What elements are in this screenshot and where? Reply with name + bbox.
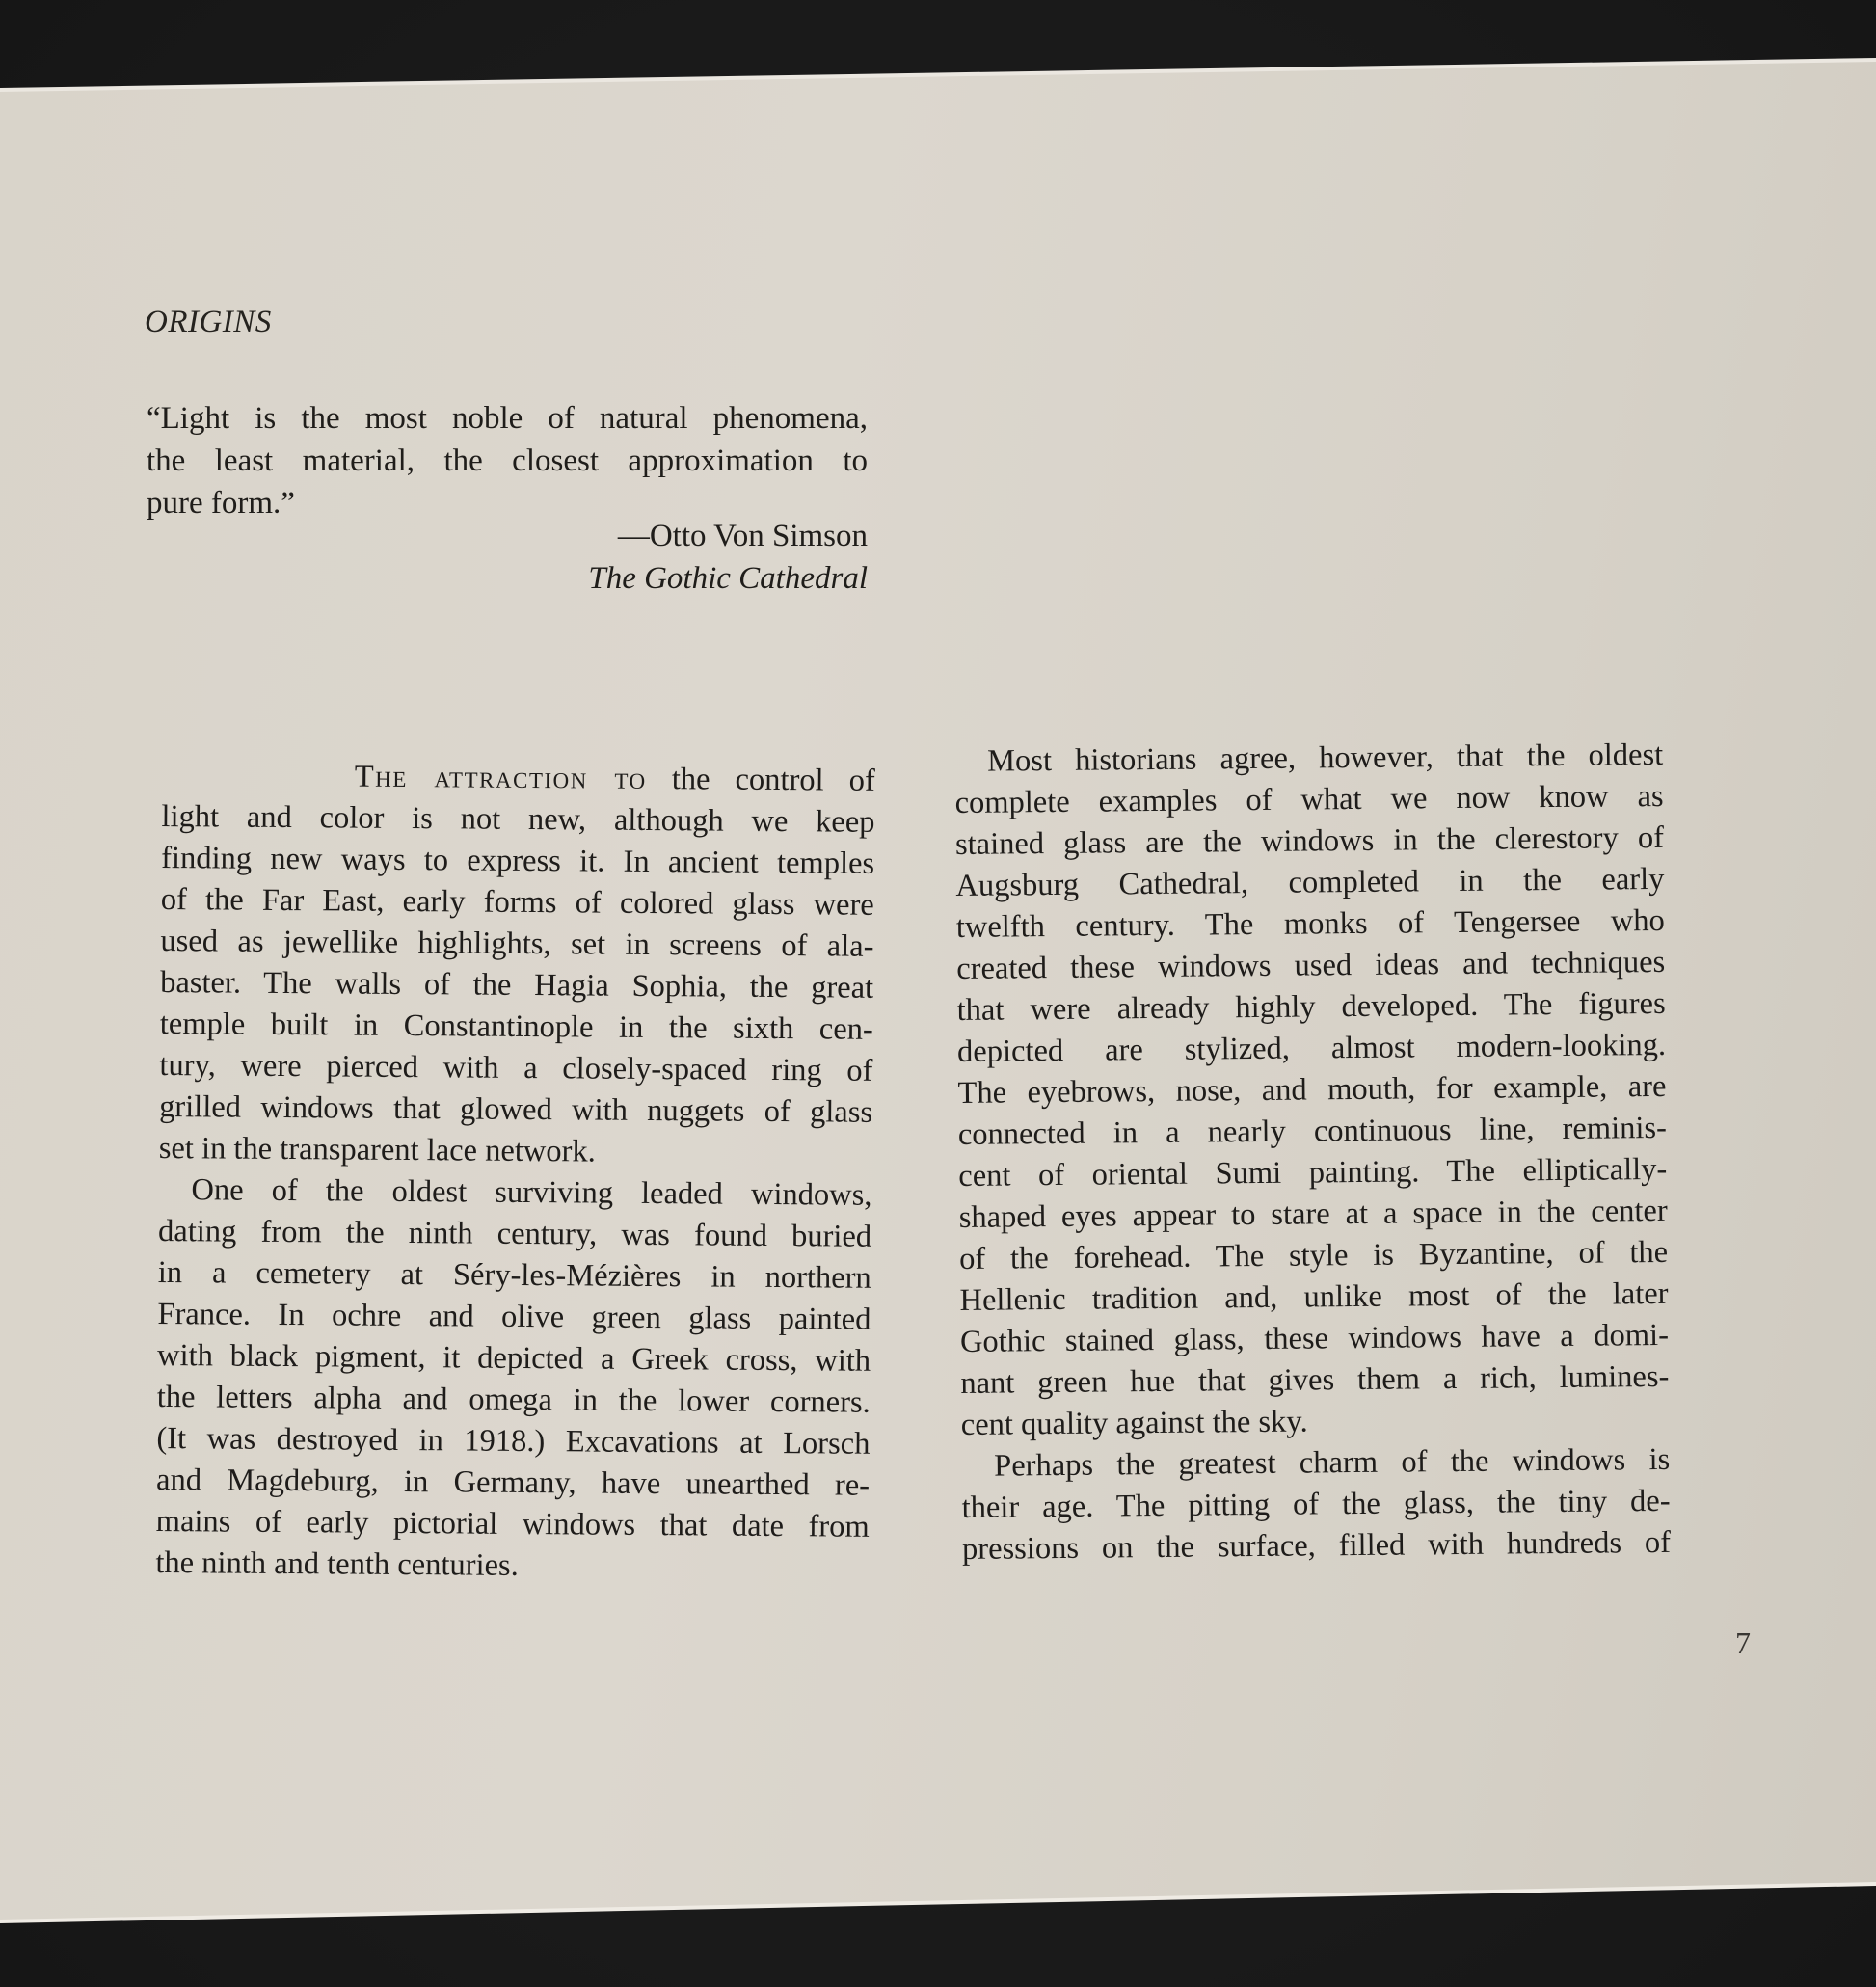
lead-in-smallcaps: The attraction to [355, 760, 647, 796]
epigraph-quote: “Light is the most noble of natural phen… [147, 397, 868, 524]
body-line: finding new ways to express it. In ancie… [161, 839, 874, 883]
body-line: Most historians agree, however, that the… [954, 736, 1663, 781]
body-line: dating from the ninth century, was found… [158, 1212, 871, 1256]
body-line: One of the oldest surviving leaded windo… [158, 1170, 871, 1215]
body-line: twelfth century. The monks of Tengersee … [956, 901, 1665, 947]
body-line: cent quality against the sky. [961, 1399, 1670, 1444]
epigraph-source: The Gothic Cathedral [147, 561, 868, 597]
epigraph-line: the least material, the closest approxim… [147, 440, 868, 482]
body-line: grilled windows that glowed with nuggets… [159, 1087, 872, 1132]
left-column: The attraction to the control of light a… [162, 756, 875, 762]
body-line: depicted are stylized, almost modern-loo… [957, 1026, 1666, 1071]
body-line: Gothic stained glass, these windows have… [960, 1316, 1669, 1361]
body-line: mains of early pictorial windows that da… [156, 1502, 870, 1546]
body-line: Augsburg Cathedral, completed in the ear… [955, 860, 1664, 905]
body-line: The attraction to the control of [162, 756, 875, 800]
epigraph-author: —Otto Von Simson [147, 519, 868, 554]
epigraph-line: “Light is the most noble of natural phen… [147, 397, 868, 440]
body-line: connected in a nearly continuous line, r… [958, 1109, 1667, 1154]
body-line: light and color is not new, although we … [161, 797, 874, 842]
body-line: of the forehead. The style is Byzantine,… [959, 1233, 1668, 1278]
body-line: the ninth and tenth centuries. [155, 1544, 869, 1588]
body-line: Perhaps the greatest charm of the window… [961, 1440, 1670, 1486]
body-line: baster. The walls of the Hagia Sophia, t… [160, 963, 873, 1007]
body-line: nant green hue that gives them a rich, l… [960, 1357, 1669, 1403]
page-number: 7 [1735, 1625, 1751, 1661]
body-line: of the Far East, early forms of colored … [161, 880, 874, 925]
body-line: that were already highly developed. The … [956, 984, 1665, 1030]
right-column: Most historians agree, however, that the… [954, 736, 1663, 742]
body-line: Hellenic tradition and, unlike most of t… [959, 1275, 1668, 1320]
body-line: the letters alpha and omega in the lower… [157, 1378, 871, 1422]
body-line: used as jewellike highlights, set in scr… [160, 922, 873, 966]
body-line: temple built in Constantinople in the si… [160, 1005, 873, 1049]
body-line: in a cemetery at Séry-les-Mézières in no… [158, 1253, 871, 1298]
body-line: cent of oriental Sumi painting. The elli… [958, 1150, 1667, 1195]
body-line: their age. The pitting of the glass, the… [961, 1482, 1670, 1527]
body-line: France. In ochre and olive green glass p… [157, 1295, 871, 1339]
body-line: created these windows used ideas and tec… [956, 943, 1665, 988]
page-content: ORIGINS “Light is the most noble of natu… [0, 0, 1876, 1987]
body-line: and Magdeburg, in Germany, have unearthe… [156, 1461, 870, 1505]
section-heading: ORIGINS [145, 305, 272, 340]
body-line: The eyebrows, nose, and mouth, for examp… [957, 1067, 1666, 1113]
body-line: pressions on the surface, filled with hu… [962, 1523, 1671, 1569]
body-line: set in the transparent lace network. [159, 1129, 872, 1173]
body-line: (It was destroyed in 1918.) Excavations … [156, 1419, 870, 1463]
body-line: shaped eyes appear to stare at a space i… [959, 1192, 1668, 1237]
body-line: with black pigment, it depicted a Greek … [157, 1336, 871, 1381]
body-line: complete examples of what we now know as [954, 777, 1663, 822]
body-line: stained glass are the windows in the cle… [955, 819, 1664, 864]
body-line: tury, were pierced with a closely-spaced… [159, 1046, 872, 1090]
